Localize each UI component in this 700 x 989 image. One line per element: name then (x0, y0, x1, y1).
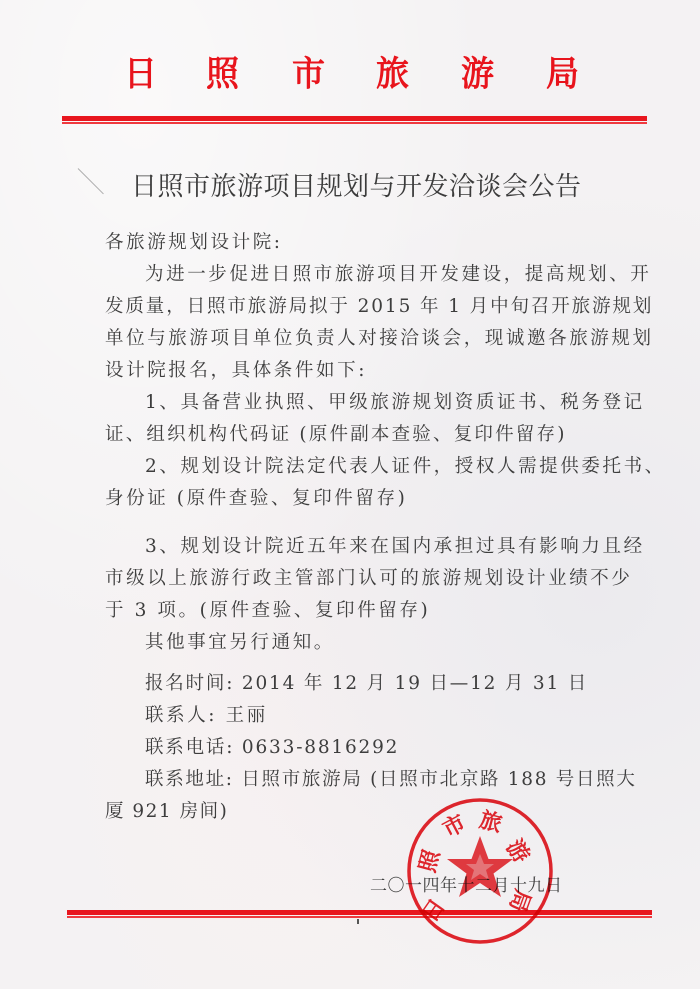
contact-address: 联系地址: 日照市旅游局 (日照市北京路 188 号日照大 (145, 768, 637, 792)
salutation: 各旅游规划设计院: (105, 231, 283, 255)
condition-item-2: 2、规划设计院法定代表人证件，授权人需提供委托书、 (145, 455, 666, 479)
star-icon (447, 836, 513, 897)
footer-rule-thin (67, 916, 652, 918)
letterhead-rule-thin (62, 122, 647, 124)
official-seal: 日 照 市 旅 游 局 (405, 796, 555, 946)
condition-item-2-cont: 身份证 (原件查验、复印件留存) (105, 487, 407, 511)
page-marker (357, 919, 359, 924)
letterhead-char: 市 (292, 51, 325, 97)
condition-item-3-cont: 市级以上旅游行政主管部门认可的旅游规划设计业绩不少 (105, 567, 633, 591)
scan-scratch-mark (78, 168, 104, 194)
registration-time: 报名时间: 2014 年 12 月 19 日—12 月 31 日 (145, 672, 588, 696)
seal-char: 市 (439, 811, 470, 843)
letterhead-char: 日 (124, 51, 157, 97)
letterhead-char: 游 (461, 51, 494, 97)
body-paragraph-line: 发质量，日照市旅游局拟于 2015 年 1 月中旬召开旅游规划 (105, 295, 653, 319)
seal-char: 局 (504, 886, 535, 915)
body-paragraph-line: 设计院报名，具体条件如下: (105, 359, 367, 383)
letterhead-char: 照 (206, 51, 239, 97)
letterhead-char: 旅 (376, 51, 409, 97)
seal-char: 旅 (477, 807, 505, 838)
letterhead-char: 局 (546, 51, 579, 97)
letterhead-rule (62, 116, 647, 121)
contact-phone: 联系电话: 0633-8816292 (145, 736, 399, 760)
condition-item-3-cont: 于 3 项。(原件查验、复印件留存) (105, 599, 430, 623)
document-page: 日 照 市 旅 游 局 日照市旅游项目规划与开发洽谈会公告 各旅游规划设计院: … (0, 0, 700, 989)
seal-char: 日 (418, 895, 451, 927)
contact-address-cont: 厦 921 房间) (105, 800, 228, 824)
contact-person: 联系人: 王丽 (145, 704, 268, 728)
body-paragraph-line: 单位与旅游项目单位负责人对接洽谈会，现诚邀各旅游规划 (105, 327, 654, 351)
condition-item-1: 1、具备营业执照、甲级旅游规划资质证书、税务登记 (145, 391, 645, 415)
footer-rule (67, 910, 652, 915)
letterhead: 日 照 市 旅 游 局 (0, 52, 700, 96)
document-title: 日照市旅游项目规划与开发洽谈会公告 (131, 170, 582, 204)
seal-char: 照 (415, 847, 445, 876)
body-paragraph-line: 为进一步促进日照市旅游项目开发建设，提高规划、开 (145, 263, 651, 287)
condition-item-1-cont: 证、组织机构代码证 (原件副本查验、复印件留存) (105, 423, 567, 447)
other-matters-line: 其他事宜另行通知。 (145, 631, 335, 655)
condition-item-3: 3、规划设计院近五年来在国内承担过具有影响力且经 (145, 535, 645, 559)
